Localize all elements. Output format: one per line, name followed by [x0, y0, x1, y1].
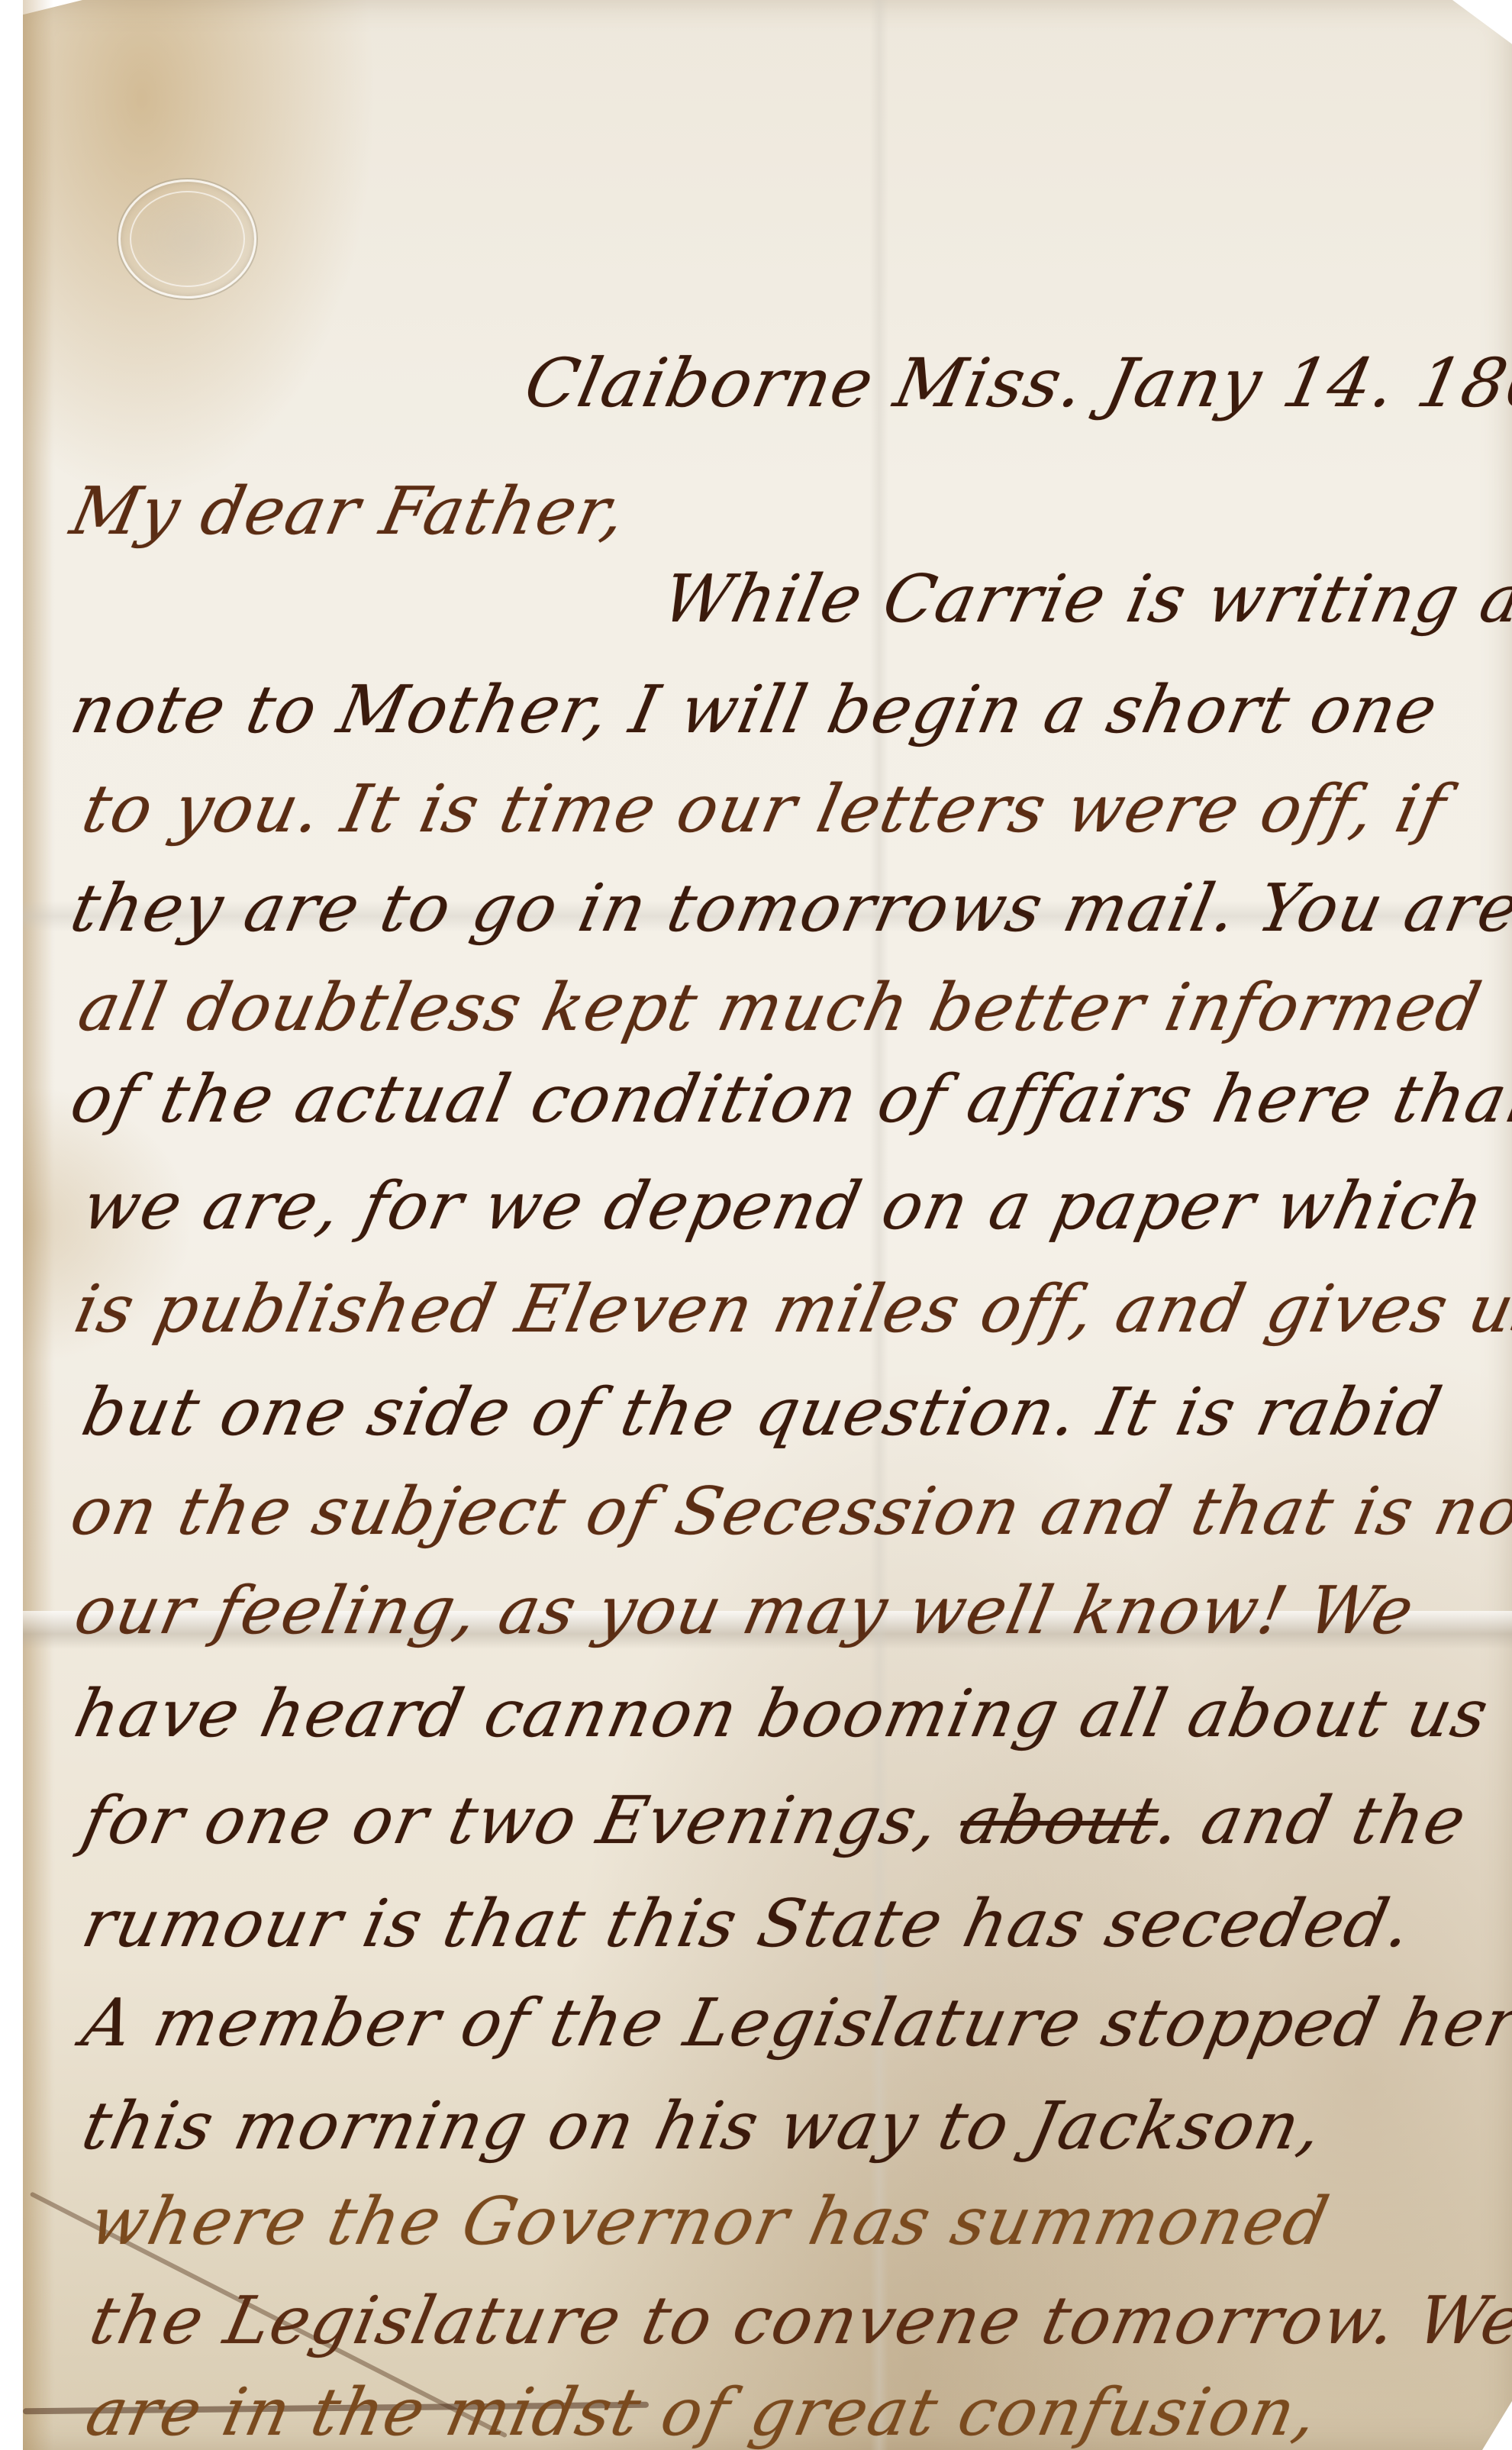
body-line-13-tail: . and the [1150, 1783, 1474, 1859]
body-line-2: note to Mother, I will begin a short one [64, 672, 1445, 748]
body-line-15: A member of the Legislature stopped here [76, 1985, 1512, 2061]
body-line-16: this morning on his way to Jackson, [76, 2088, 1330, 2164]
dateline: Claiborne Miss. Jany 14. 1860 [518, 344, 1512, 422]
body-line-13-text: for one or two Evenings, [76, 1783, 946, 1859]
body-line-9: but one side of the question. It is rabi… [76, 1374, 1449, 1451]
body-line-8: is published Eleven miles off, and gives… [68, 1271, 1512, 1348]
body-line-10: on the subject of Secession and that is … [64, 1474, 1512, 1550]
struck-word: about [953, 1783, 1166, 1859]
body-line-5: all doubtless kept much better informed [72, 970, 1488, 1046]
body-line-4: they are to go in tomorrows mail. You ar… [64, 870, 1512, 947]
body-line-3: to you. It is time our letters were off,… [76, 771, 1453, 847]
body-line-14: rumour is that this State has seceded. [76, 1886, 1419, 1962]
body-line-1: While Carrie is writing a [656, 561, 1512, 638]
body-line-17: where the Governor has summoned [83, 2184, 1336, 2260]
salutation: My dear Father, [64, 473, 633, 550]
body-line-11: our feeling, as you may well know! We [68, 1573, 1421, 1649]
body-line-7: we are, for we depend on a paper which [76, 1168, 1491, 1244]
letter-text: Claiborne Miss. Jany 14. 1860 My dear Fa… [0, 0, 1512, 2450]
body-line-12: have heard cannon booming all about us [68, 1676, 1495, 1752]
body-line-19: are in the midst of great confusion, [79, 2374, 1325, 2450]
body-line-6: of the actual condition of affairs here … [64, 1061, 1512, 1138]
body-line-18: the Legislature to convene tomorrow. We [83, 2283, 1512, 2359]
body-line-13: for one or two Evenings, about. and the [76, 1783, 1473, 1859]
